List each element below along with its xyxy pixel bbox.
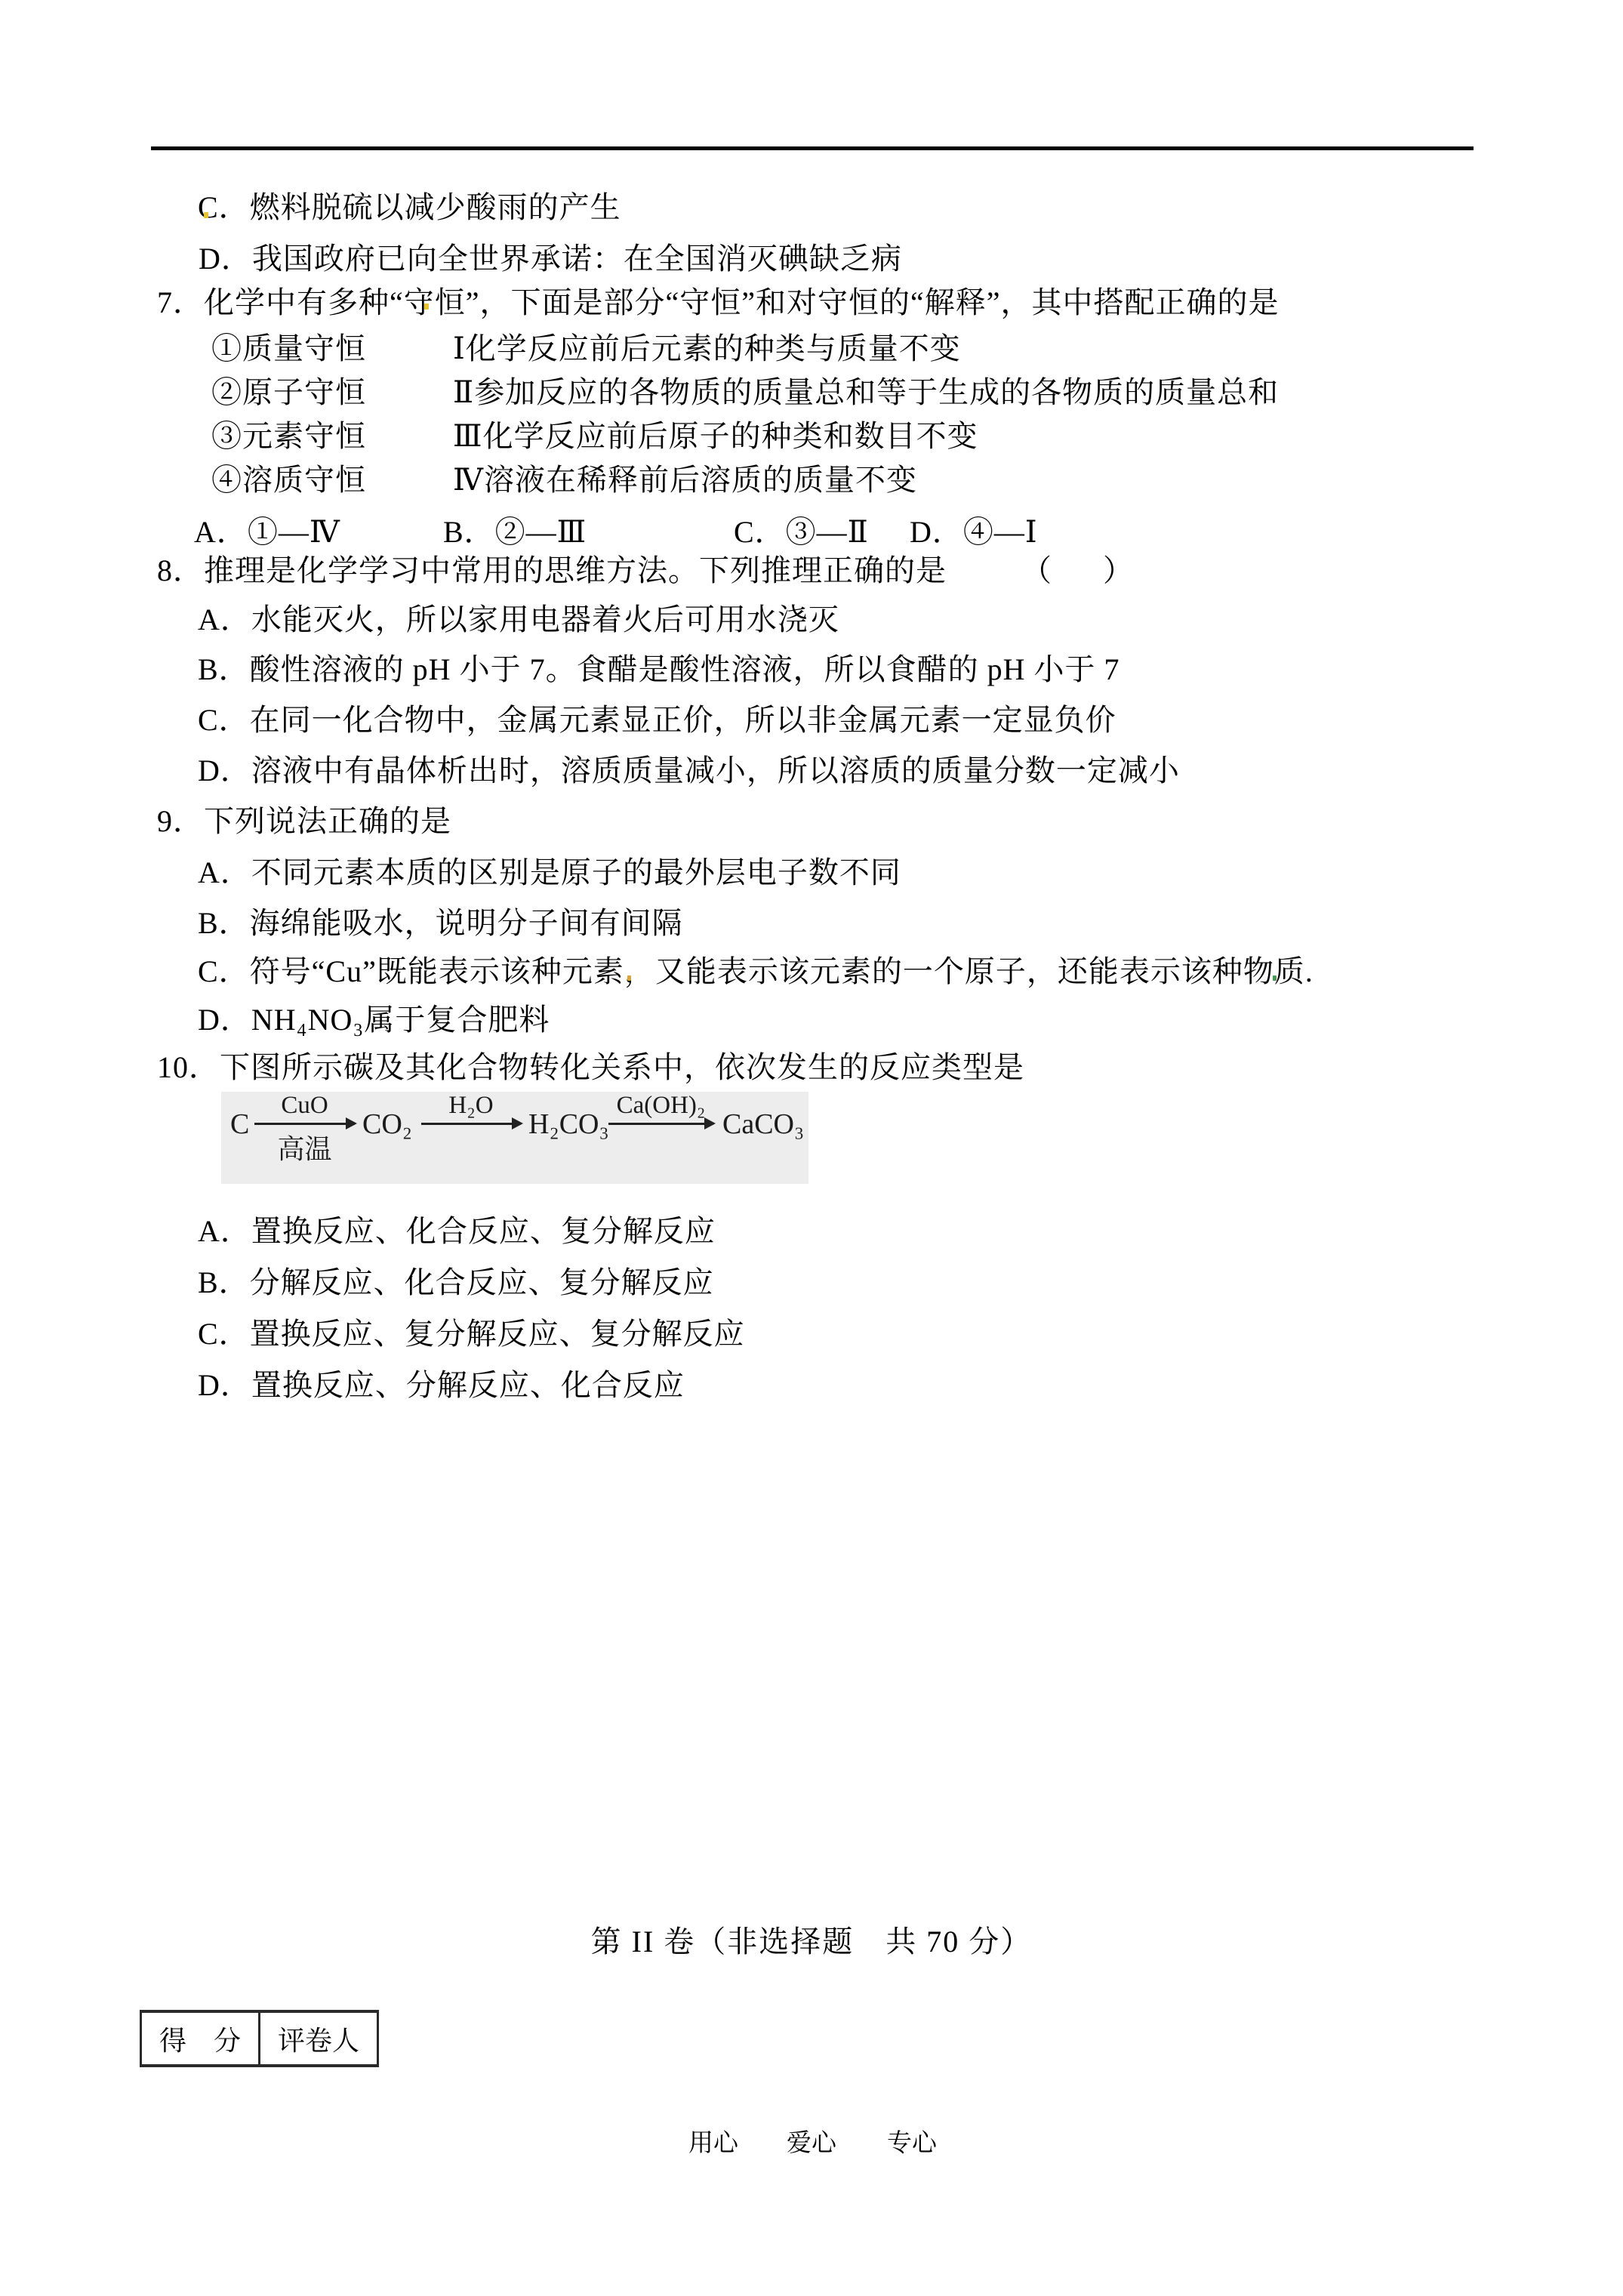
q7-option-c: C．③—Ⅱ xyxy=(734,516,869,548)
diagram-node-h2co3: H₂CO₃ xyxy=(528,1110,609,1139)
grader-cell: 评卷人 xyxy=(258,2013,377,2064)
diagram-arrow2 xyxy=(421,1123,521,1125)
q7-pair-3-right: Ⅲ化学反应前后原子的种类和数目不变 xyxy=(453,421,978,452)
q8-option-d: D．溶液中有晶体析出时，溶质质量减小，所以溶质的质量分数一定减小 xyxy=(198,755,1180,787)
footer-word-3: 专心 xyxy=(887,2131,937,2156)
diagram-node-caco3: CaCO₃ xyxy=(722,1110,804,1139)
q9-option-c: C．符号“Cu”既能表示该种元素，又能表示该元素的一个原子，还能表示该种物质. xyxy=(198,956,1313,988)
q8-option-b: B．酸性溶液的 pH 小于 7。食醋是酸性溶液，所以食醋的 pH 小于 7 xyxy=(198,654,1119,686)
footer-word-1: 用心 xyxy=(688,2131,738,2156)
q8-answer-bracket: （ ） xyxy=(1021,555,1144,587)
question-8-stem: 8．推理是化学学习中常用的思维方法。下列推理正确的是 xyxy=(157,555,947,587)
q7-pair-2-right: Ⅱ参加反应的各物质的质量总和等于生成的各物质的质量总和 xyxy=(453,377,1279,408)
prev-option-c: C．燃料脱硫以减少酸雨的产生 xyxy=(198,192,621,223)
question-7-stem: 7．化学中有多种“守恒”，下面是部分“守恒”和对守恒的“解释”，其中搭配正确的是 xyxy=(157,287,1280,319)
q7-option-b: B．②—Ⅲ xyxy=(443,516,587,548)
q7-pair-3-left: ③元素守恒 xyxy=(211,421,366,452)
diagram-arrow2-label-above: H₂O xyxy=(421,1093,521,1118)
q7-pair-2-left: ②原子守恒 xyxy=(211,377,366,408)
q10-option-b: B．分解反应、化合反应、复分解反应 xyxy=(198,1267,714,1299)
q7-pair-4-left: ④溶质守恒 xyxy=(211,464,366,496)
scan-speck-yellow-1 xyxy=(204,212,208,218)
score-cell: 得 分 xyxy=(142,2013,258,2064)
score-table: 得 分 评卷人 xyxy=(140,2010,379,2067)
q8-option-c: C．在同一化合物中，金属元素显正价，所以非金属元素一定显负价 xyxy=(198,704,1116,736)
scan-speck-yellow-2 xyxy=(424,304,429,310)
question-9-stem: 9．下列说法正确的是 xyxy=(157,806,451,837)
q7-pair-1-right: Ⅰ化学反应前后元素的种类与质量不变 xyxy=(453,333,961,365)
footer-word-2: 爱心 xyxy=(787,2131,836,2156)
exam-paper-page: C．燃料脱硫以减少酸雨的产生 D．我国政府已向全世界承诺：在全国消灭碘缺乏病 7… xyxy=(0,0,1623,2296)
diagram-node-co2: CO₂ xyxy=(362,1110,412,1139)
q7-pair-1-left: ①质量守恒 xyxy=(211,333,366,365)
q9-option-b: B．海绵能吸水，说明分子间有间隔 xyxy=(198,908,683,939)
q7-option-a: A．①—Ⅳ xyxy=(194,516,340,548)
q10-option-a: A．置换反应、化合反应、复分解反应 xyxy=(198,1216,716,1247)
section-2-title: 第 II 卷（非选择题 共 70 分） xyxy=(0,1927,1623,1957)
diagram-arrow3 xyxy=(608,1123,713,1125)
q9-option-a: A．不同元素本质的区别是原子的最外层电子数不同 xyxy=(198,857,901,889)
q8-option-a: A．水能灭火，所以家用电器着火后可用水浇灭 xyxy=(198,604,839,636)
diagram-arrow1-label-above: CuO xyxy=(254,1093,355,1118)
carbon-conversion-diagram: C CuO 高温 CO₂ H₂O H₂CO₃ Ca(OH)₂ CaCO₃ xyxy=(221,1092,808,1184)
question-10-stem: 10．下图所示碳及其化合物转化关系中，依次发生的反应类型是 xyxy=(157,1052,1024,1083)
header-rule xyxy=(151,146,1474,150)
diagram-arrow1 xyxy=(254,1123,355,1125)
diagram-arrow1-label-below: 高温 xyxy=(254,1136,355,1163)
prev-option-d: D．我国政府已向全世界承诺：在全国消灭碘缺乏病 xyxy=(199,243,902,275)
q7-pair-4-right: Ⅳ溶液在稀释前后溶质的质量不变 xyxy=(453,464,917,496)
diagram-node-carbon: C xyxy=(230,1110,249,1139)
q9-option-d: D．NH₄NO₃属于复合肥料 xyxy=(198,1004,550,1036)
diagram-arrow3-label-above: Ca(OH)₂ xyxy=(608,1093,713,1118)
scan-speck-orange xyxy=(627,975,631,981)
q10-option-d: D．置换反应、分解反应、化合反应 xyxy=(198,1370,685,1401)
q7-option-d: D．④—Ⅰ xyxy=(910,516,1038,548)
scan-speck-green xyxy=(1273,975,1277,981)
q10-option-c: C．置换反应、复分解反应、复分解反应 xyxy=(198,1318,745,1350)
